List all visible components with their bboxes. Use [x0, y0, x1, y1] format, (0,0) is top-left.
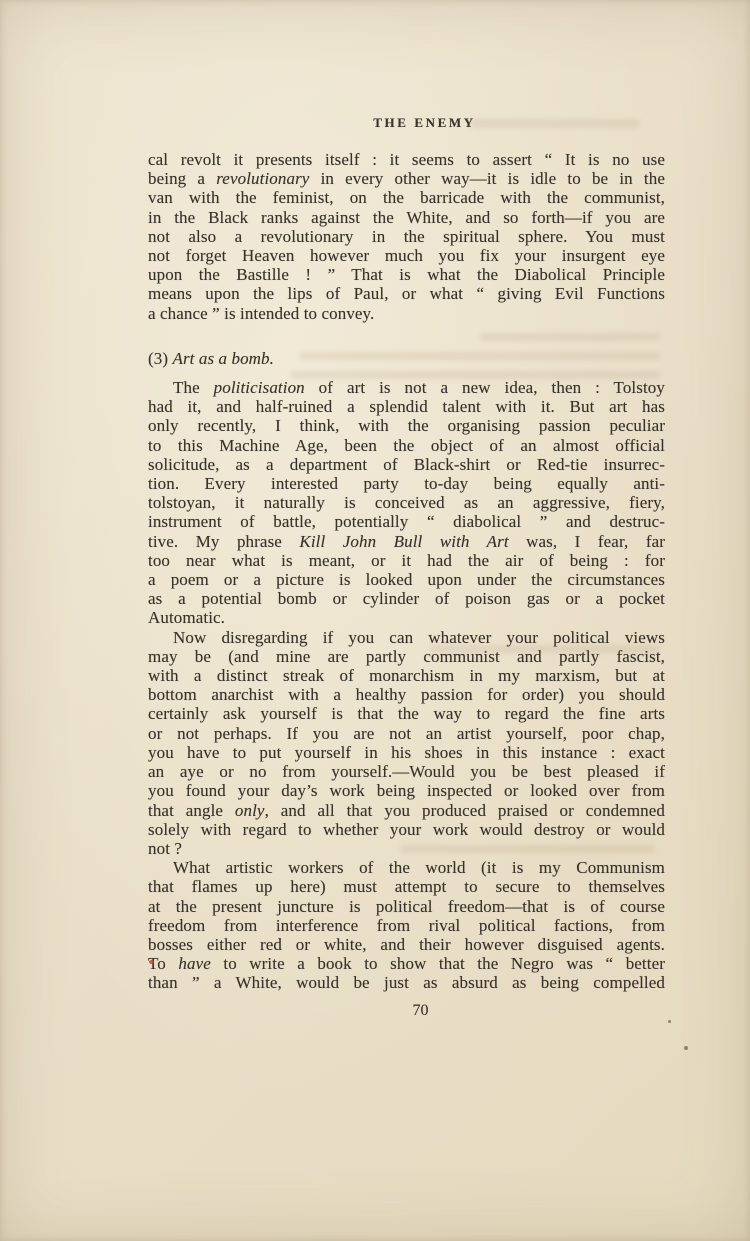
- italic-text: have: [178, 954, 211, 973]
- italic-text: politicisation: [214, 378, 305, 397]
- text-segment: The: [173, 378, 214, 397]
- text-segment: Now disregarding if you can whatever you…: [173, 628, 665, 647]
- text-segment: that flames up here) must attempt to sec…: [148, 877, 665, 896]
- text-segment: not ?: [148, 839, 182, 858]
- text-segment: freedom from interference from rival pol…: [148, 916, 665, 935]
- text-line: upon the Bastille ! ” That is what the D…: [148, 265, 665, 284]
- text-line: a chance ” is intended to convey.: [148, 304, 665, 323]
- text-line: as a potential bomb or cylinder of poiso…: [148, 589, 665, 608]
- text-segment: too near what is meant, or it had the ai…: [148, 551, 665, 570]
- text-segment: What artistic workers of the world (it i…: [173, 858, 665, 877]
- text-line: Automatic.: [148, 608, 665, 627]
- text-line: bottom anarchist with a healthy passion …: [148, 685, 665, 704]
- text-line: To have to write a book to show that the…: [148, 954, 665, 973]
- text-line: an aye or no from yourself.—Would you be…: [148, 762, 665, 781]
- italic-text: revolutionary: [216, 169, 309, 188]
- text-line: that flames up here) must attempt to sec…: [148, 877, 665, 896]
- text-segment: instrument of battle, potentially “ diab…: [148, 512, 665, 531]
- text-segment: being a: [148, 169, 216, 188]
- text-segment: means upon the lips of Paul, or what “ g…: [148, 284, 665, 303]
- text-segment: tion. Every interested party to-day bein…: [148, 474, 665, 493]
- text-column: cal revolt it presents itself : it seems…: [148, 150, 665, 993]
- section-heading: (3) Art as a bomb.: [148, 349, 665, 368]
- text-line: not forget Heaven however much you fix y…: [148, 246, 665, 265]
- paper-fleck-dark: [668, 1020, 671, 1023]
- text-segment: that angle: [148, 801, 235, 820]
- text-line: freedom from interference from rival pol…: [148, 916, 665, 935]
- text-segment: cal revolt it presents itself : it seems…: [148, 150, 665, 169]
- text-segment: a chance ” is intended to convey.: [148, 304, 374, 323]
- text-line: solicitude, as a department of Black-shi…: [148, 455, 665, 474]
- page-number: 70: [162, 1002, 679, 1020]
- text-segment: at the present juncture is political fre…: [148, 897, 665, 916]
- text-line: you found your day’s work being inspecte…: [148, 781, 665, 800]
- text-line: Now disregarding if you can whatever you…: [148, 628, 665, 647]
- text-line: a poem or a picture is looked upon under…: [148, 570, 665, 589]
- text-segment: bosses either red or white, and their ho…: [148, 935, 665, 954]
- text-line: tive. My phrase Kill John Bull with Art …: [148, 532, 665, 551]
- text-line: or not perhaps. If you are not an artist…: [148, 724, 665, 743]
- text-line: too near what is meant, or it had the ai…: [148, 551, 665, 570]
- text-segment: To: [148, 954, 178, 973]
- text-segment: an aye or no from yourself.—Would you be…: [148, 762, 665, 781]
- book-page-scan: THE ENEMY cal revolt it presents itself …: [0, 0, 750, 1241]
- text-segment: only recently, I think, with the organis…: [148, 416, 665, 435]
- text-segment: you found your day’s work being inspecte…: [148, 781, 665, 800]
- italic-text: only: [235, 801, 265, 820]
- text-line: than ” a White, would be just as absurd …: [148, 973, 665, 992]
- text-line: to this Machine Age, been the object of …: [148, 436, 665, 455]
- text-line: in the Black ranks against the White, an…: [148, 208, 665, 227]
- text-line: with a distinct streak of monarchism in …: [148, 666, 665, 685]
- text-segment: was, I fear, far: [509, 532, 665, 551]
- text-segment: in every other way—it is idle to be in t…: [309, 169, 665, 188]
- text-line: (3) Art as a bomb.: [148, 349, 665, 368]
- paper-fleck-dark: [684, 1046, 688, 1050]
- text-line: The politicisation of art is not a new i…: [148, 378, 665, 397]
- text-line: bosses either red or white, and their ho…: [148, 935, 665, 954]
- text-line: instrument of battle, potentially “ diab…: [148, 512, 665, 531]
- text-line: certainly ask yourself is that the way t…: [148, 704, 665, 723]
- text-segment: with a distinct streak of monarchism in …: [148, 666, 665, 685]
- text-segment: (3): [148, 349, 172, 368]
- text-segment: a poem or a picture is looked upon under…: [148, 570, 665, 589]
- italic-text: Art as a bomb.: [172, 349, 274, 368]
- text-segment: or not perhaps. If you are not an artist…: [148, 724, 665, 743]
- text-segment: not forget Heaven however much you fix y…: [148, 246, 665, 265]
- text-line: may be (and mine are partly communist an…: [148, 647, 665, 666]
- text-segment: certainly ask yourself is that the way t…: [148, 704, 665, 723]
- text-segment: may be (and mine are partly communist an…: [148, 647, 665, 666]
- paragraph: Now disregarding if you can whatever you…: [148, 628, 665, 858]
- text-line: at the present juncture is political fre…: [148, 897, 665, 916]
- text-segment: , and all that you produced praised or c…: [265, 801, 665, 820]
- text-segment: tolstoyan, it naturally is conceived as …: [148, 493, 665, 512]
- text-line: tion. Every interested party to-day bein…: [148, 474, 665, 493]
- text-segment: than ” a White, would be just as absurd …: [148, 973, 665, 992]
- text-line: means upon the lips of Paul, or what “ g…: [148, 284, 665, 303]
- text-segment: solely with regard to whether your work …: [148, 820, 665, 839]
- text-segment: Automatic.: [148, 608, 225, 627]
- running-header: THE ENEMY: [166, 115, 683, 131]
- text-segment: as a potential bomb or cylinder of poiso…: [148, 589, 665, 608]
- paragraph: The politicisation of art is not a new i…: [148, 378, 665, 628]
- paragraph: What artistic workers of the world (it i…: [148, 858, 665, 992]
- text-segment: to this Machine Age, been the object of …: [148, 436, 665, 455]
- text-segment: van with the feminist, on the barricade …: [148, 188, 665, 207]
- text-segment: not also a revolutionary in the spiritua…: [148, 227, 665, 246]
- text-segment: of art is not a new idea, then : Tolstoy: [305, 378, 665, 397]
- text-segment: solicitude, as a department of Black-shi…: [148, 455, 665, 474]
- text-line: What artistic workers of the world (it i…: [148, 858, 665, 877]
- text-segment: to write a book to show that the Negro w…: [211, 954, 665, 973]
- text-segment: tive. My phrase: [148, 532, 299, 551]
- text-line: had it, and half-ruined a splendid talen…: [148, 397, 665, 416]
- text-segment: upon the Bastille ! ” That is what the D…: [148, 265, 665, 284]
- text-line: being a revolutionary in every other way…: [148, 169, 665, 188]
- text-segment: you have to put yourself in his shoes in…: [148, 743, 665, 762]
- text-line: you have to put yourself in his shoes in…: [148, 743, 665, 762]
- italic-text: Kill John Bull with Art: [299, 532, 508, 551]
- text-line: not ?: [148, 839, 665, 858]
- text-line: cal revolt it presents itself : it seems…: [148, 150, 665, 169]
- text-line: solely with regard to whether your work …: [148, 820, 665, 839]
- text-line: only recently, I think, with the organis…: [148, 416, 665, 435]
- text-line: that angle only, and all that you produc…: [148, 801, 665, 820]
- text-segment: in the Black ranks against the White, an…: [148, 208, 665, 227]
- text-line: not also a revolutionary in the spiritua…: [148, 227, 665, 246]
- text-segment: had it, and half-ruined a splendid talen…: [148, 397, 665, 416]
- text-line: tolstoyan, it naturally is conceived as …: [148, 493, 665, 512]
- text-line: van with the feminist, on the barricade …: [148, 188, 665, 207]
- paragraph: cal revolt it presents itself : it seems…: [148, 150, 665, 323]
- text-segment: bottom anarchist with a healthy passion …: [148, 685, 665, 704]
